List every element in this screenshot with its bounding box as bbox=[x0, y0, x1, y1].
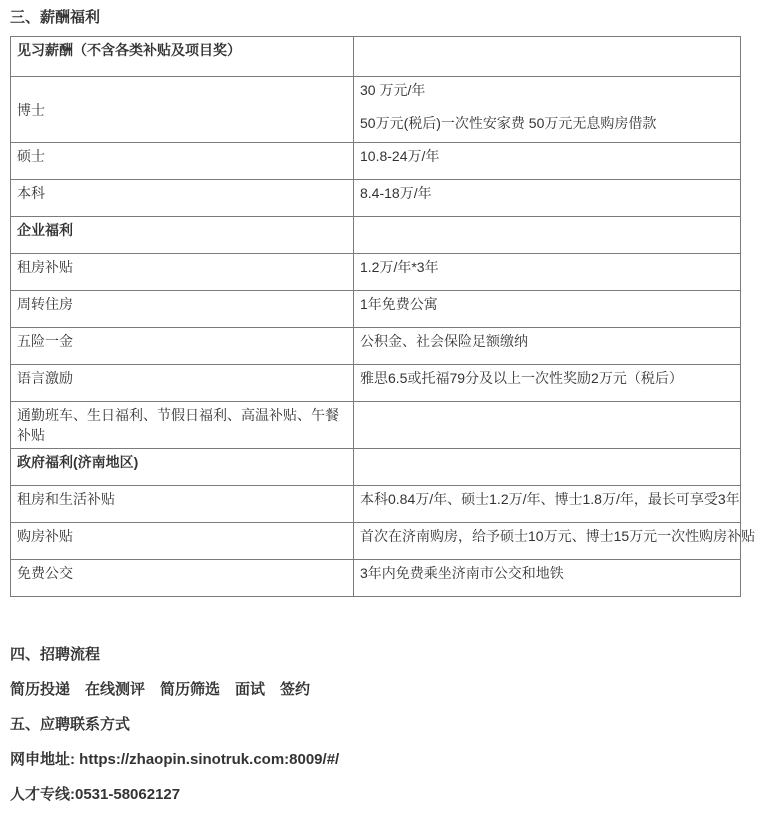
row-value: 1.2万/年*3年 bbox=[360, 259, 439, 275]
table-row-bachelor: 本科 8.4-18万/年 bbox=[11, 180, 741, 217]
row-label-cell: 购房补贴 bbox=[11, 523, 354, 560]
row-value-cell bbox=[354, 217, 741, 254]
table-row-home-purchase-subsidy: 购房补贴 首次在济南购房，给予硕士10万元、博士15万元一次性购房补贴 bbox=[11, 523, 741, 560]
row-value-cell: 3年内免费乘坐济南市公交和地铁 bbox=[354, 560, 741, 597]
table-row-misc-benefits: 通勤班车、生日福利、节假日福利、高温补贴、午餐补贴 bbox=[11, 402, 741, 449]
row-label-cell: 企业福利 bbox=[11, 217, 354, 254]
table-row-rent-subsidy: 租房补贴 1.2万/年*3年 bbox=[11, 254, 741, 291]
row-label-cell: 免费公交 bbox=[11, 560, 354, 597]
table-row-transition-housing: 周转住房 1年免费公寓 bbox=[11, 291, 741, 328]
section-process-heading: 四、招聘流程 bbox=[10, 645, 748, 665]
row-value-cell: 首次在济南购房，给予硕士10万元、博士15万元一次性购房补贴 bbox=[354, 523, 741, 560]
row-value: 雅思6.5或托福79分及以上一次性奖励2万元（税后） bbox=[360, 370, 683, 386]
row-value-cell: 本科0.84万/年、硕士1.2万/年、博士1.8万/年，最长可享受3年 bbox=[354, 486, 741, 523]
row-value-cell: 10.8-24万/年 bbox=[354, 143, 741, 180]
row-label-cell: 租房补贴 bbox=[11, 254, 354, 291]
row-value-line: 30 万元/年 bbox=[360, 80, 734, 100]
table-row-free-transit: 免费公交 3年内免费乘坐济南市公交和地铁 bbox=[11, 560, 741, 597]
salary-benefits-table: 见习薪酬（不含各类补贴及项目奖） 博士 30 万元/年 50万元(税后)一次性安… bbox=[10, 36, 741, 597]
table-row-language-incentive: 语言激励 雅思6.5或托福79分及以上一次性奖励2万元（税后） bbox=[11, 365, 741, 402]
row-label-cell: 博士 bbox=[11, 77, 354, 143]
row-value-cell bbox=[354, 449, 741, 486]
row-value-cell: 雅思6.5或托福79分及以上一次性奖励2万元（税后） bbox=[354, 365, 741, 402]
row-label-cell: 租房和生活补贴 bbox=[11, 486, 354, 523]
section-contact-heading: 五、应聘联系方式 bbox=[10, 715, 748, 735]
row-label-cell: 政府福利(济南地区) bbox=[11, 449, 354, 486]
table-row-insurance: 五险一金 公积金、社会保险足额缴纳 bbox=[11, 328, 741, 365]
row-value-cell bbox=[354, 37, 741, 77]
row-label-cell: 周转住房 bbox=[11, 291, 354, 328]
row-value: 公积金、社会保险足额缴纳 bbox=[360, 333, 528, 349]
row-label-cell: 通勤班车、生日福利、节假日福利、高温补贴、午餐补贴 bbox=[11, 402, 354, 449]
process-steps-line: 简历投递 在线测评 简历筛选 面试 签约 bbox=[10, 680, 748, 700]
apply-url-line: 网申地址: https://zhaopin.sinotruk.com:8009/… bbox=[10, 750, 748, 770]
row-value: 本科0.84万/年、硕士1.2万/年、博士1.8万/年，最长可享受3年 bbox=[360, 491, 740, 507]
table-row-master: 硕士 10.8-24万/年 bbox=[11, 143, 741, 180]
row-value: 10.8-24万/年 bbox=[360, 148, 439, 164]
row-label-cell: 语言激励 bbox=[11, 365, 354, 402]
row-value-cell: 8.4-18万/年 bbox=[354, 180, 741, 217]
row-label-cell: 五险一金 bbox=[11, 328, 354, 365]
row-value-cell: 1.2万/年*3年 bbox=[354, 254, 741, 291]
row-label-cell: 本科 bbox=[11, 180, 354, 217]
row-value: 1年免费公寓 bbox=[360, 296, 438, 312]
table-row-government-benefits-header: 政府福利(济南地区) bbox=[11, 449, 741, 486]
row-value-cell: 30 万元/年 50万元(税后)一次性安家费 50万元无息购房借款 bbox=[354, 77, 741, 143]
row-value-cell bbox=[354, 402, 741, 449]
table-row-rent-living-subsidy: 租房和生活补贴 本科0.84万/年、硕士1.2万/年、博士1.8万/年，最长可享… bbox=[11, 486, 741, 523]
row-label-cell: 见习薪酬（不含各类补贴及项目奖） bbox=[11, 37, 354, 77]
row-label-cell: 硕士 bbox=[11, 143, 354, 180]
row-value: 首次在济南购房，给予硕士10万元、博士15万元一次性购房补贴 bbox=[360, 528, 755, 544]
row-value-line: 50万元(税后)一次性安家费 50万元无息购房借款 bbox=[360, 113, 734, 133]
row-value-cell: 1年免费公寓 bbox=[354, 291, 741, 328]
talent-hotline-line: 人才专线:0531-58062127 bbox=[10, 785, 748, 805]
table-row-company-benefits-header: 企业福利 bbox=[11, 217, 741, 254]
row-value: 3年内免费乘坐济南市公交和地铁 bbox=[360, 565, 564, 581]
row-value: 8.4-18万/年 bbox=[360, 185, 432, 201]
row-value-cell: 公积金、社会保险足额缴纳 bbox=[354, 328, 741, 365]
page: 三、薪酬福利 见习薪酬（不含各类补贴及项目奖） 博士 30 万元/年 50万元(… bbox=[0, 0, 758, 817]
section-salary-heading: 三、薪酬福利 bbox=[10, 8, 748, 28]
table-row-doctor: 博士 30 万元/年 50万元(税后)一次性安家费 50万元无息购房借款 bbox=[11, 77, 741, 143]
table-row-intern-salary: 见习薪酬（不含各类补贴及项目奖） bbox=[11, 37, 741, 77]
